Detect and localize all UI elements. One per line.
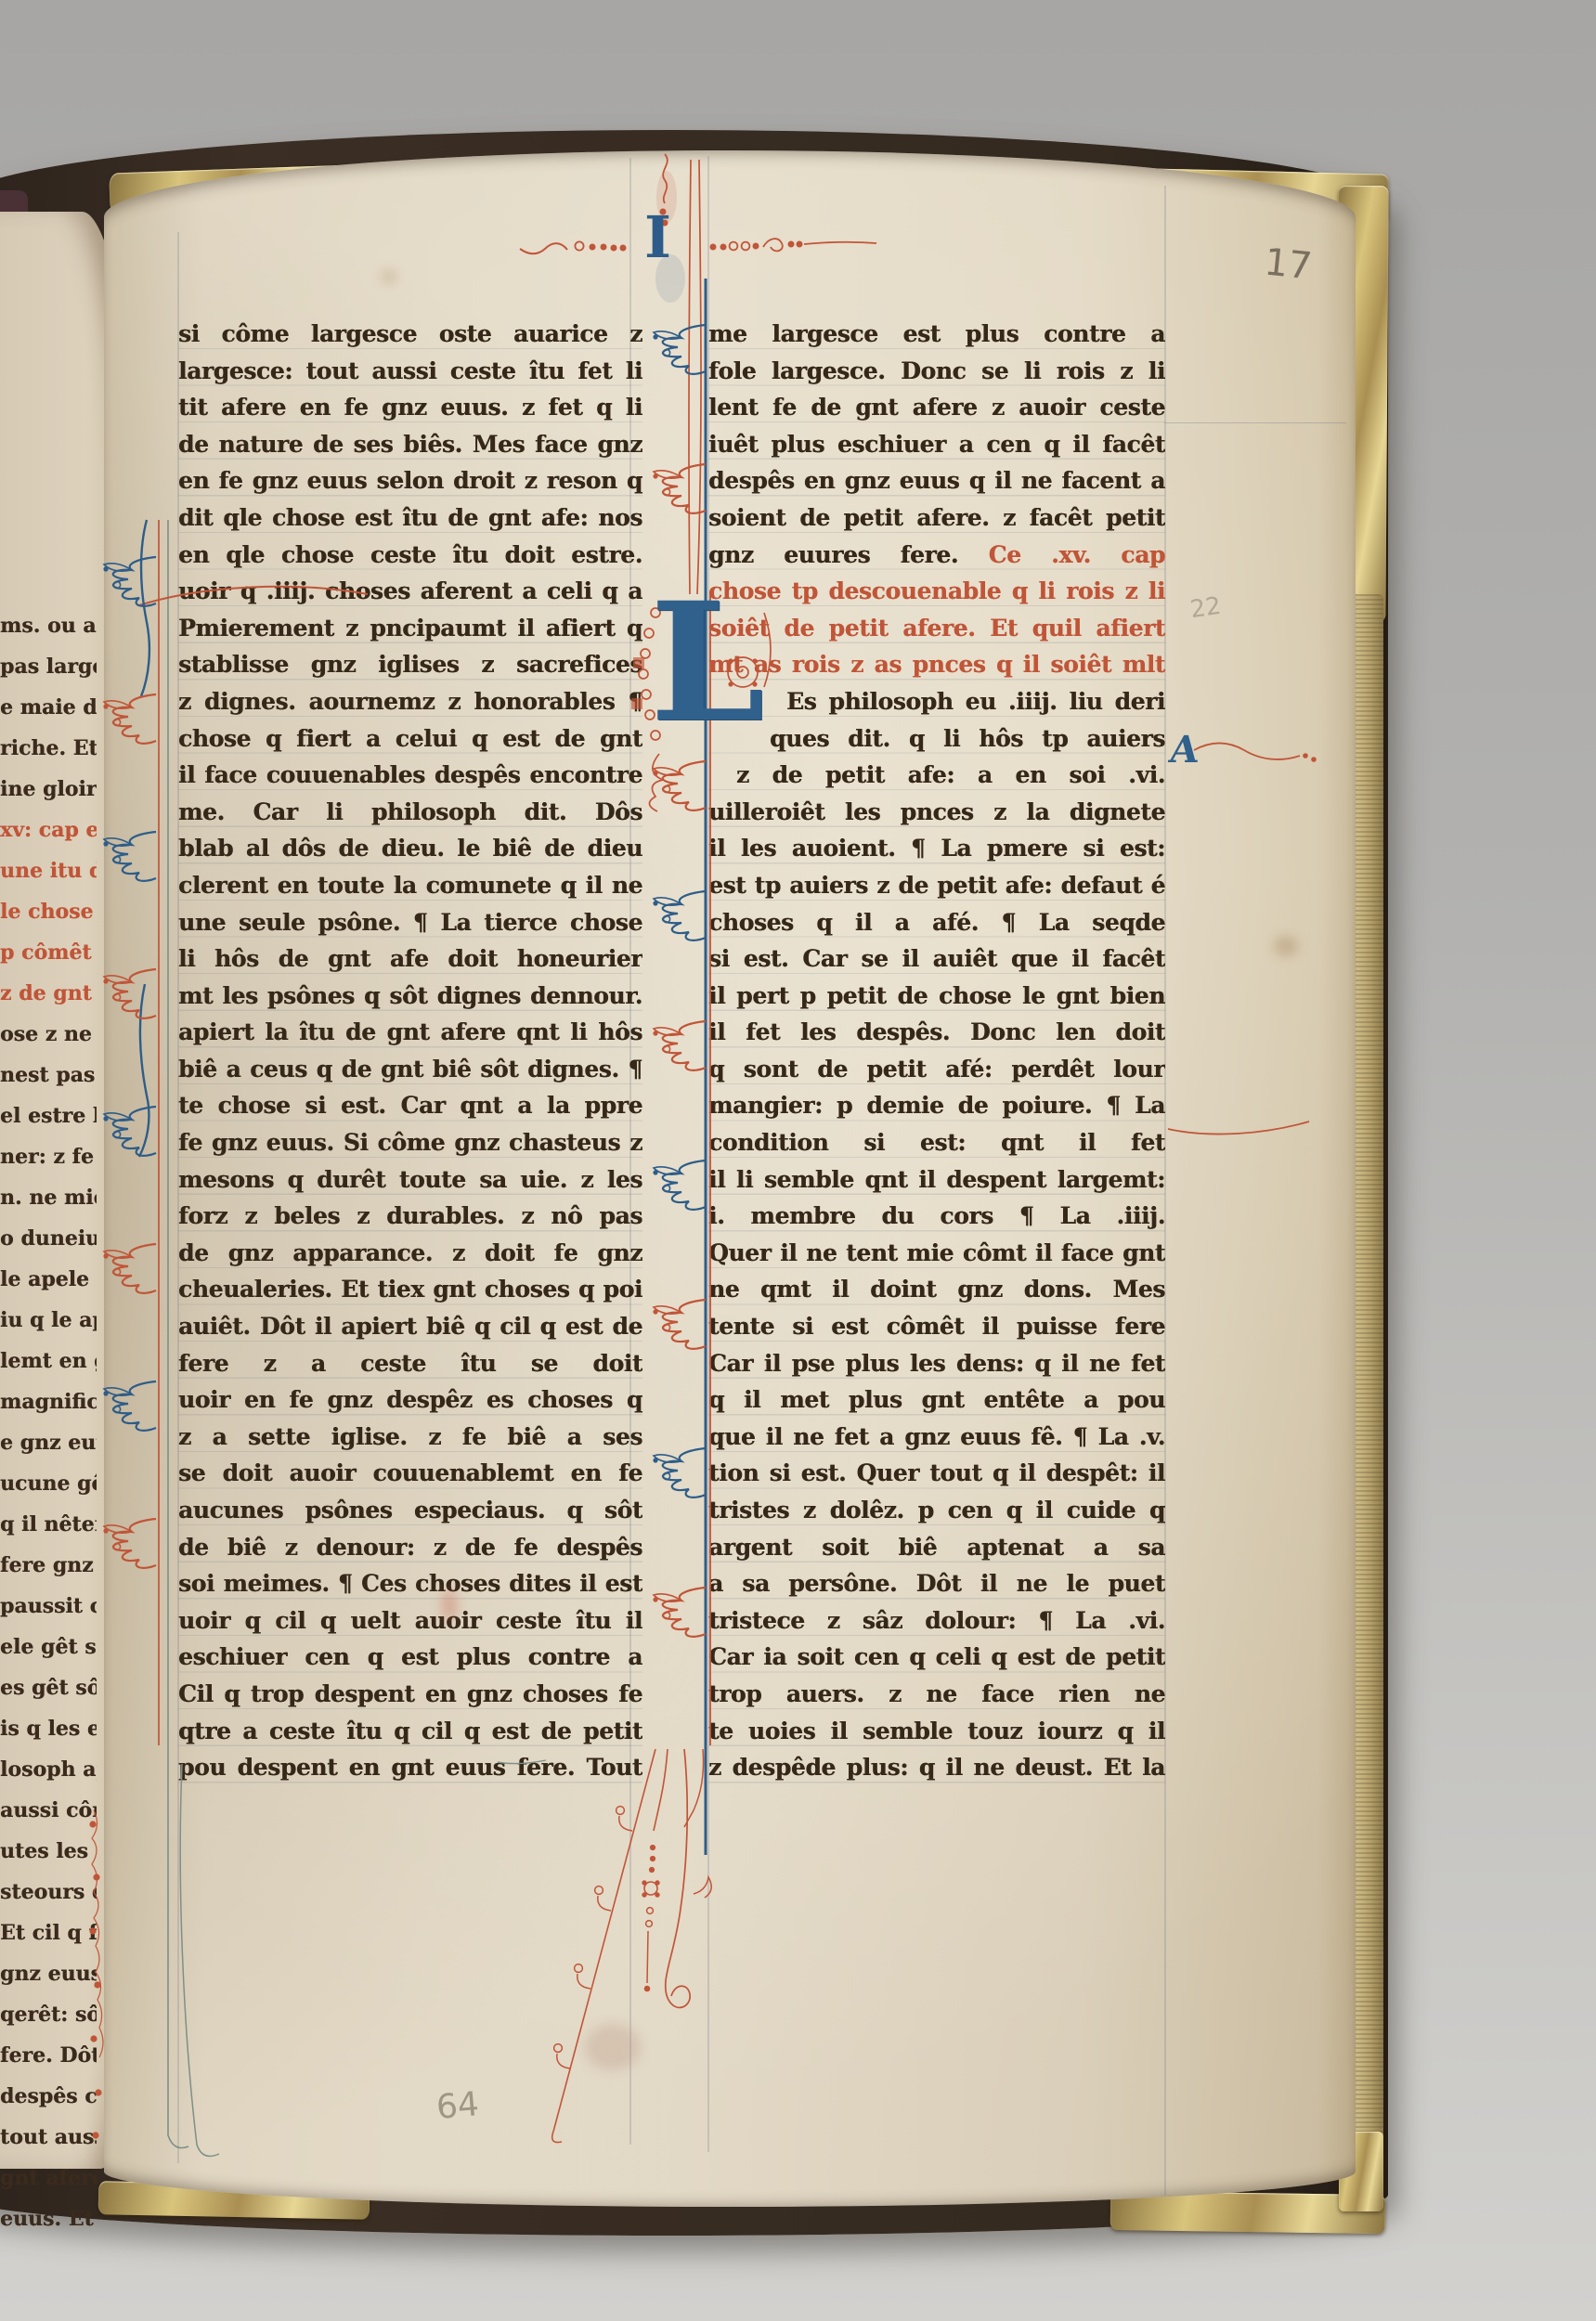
facing-text-line: une itu de gnt afe [0, 850, 97, 891]
text-line-main: est tp auiers z de petit afe: defaut é t… [708, 872, 1165, 904]
text-line-main: que il ne fet a gnz euus fê. ¶ La .v. cô… [708, 1423, 1165, 1456]
text-line-main: mt as rois z as pnces q il soiêt mlt lar… [708, 651, 1165, 683]
facing-text-fragment: ucune gêt ôt de fa [0, 1472, 97, 1496]
facing-text-fragment: pas larges ne li [0, 655, 97, 679]
text-line-main: Cil q trop despent en gnz choses fe est … [178, 1680, 642, 1713]
facing-text-line: ner: z fe biê a ceus [0, 1136, 97, 1177]
text-line: se doit auoir couuenablemt en fe despês … [178, 1455, 642, 1492]
facing-text-fragment: aussi côme le fe [0, 1798, 97, 1822]
text-line: en fe gnz euus selon droit z reson q nos… [178, 462, 642, 499]
facing-text-line: e gnz euus. ¶ La [0, 1422, 97, 1463]
text-line: mesons q durêt toute sa uie. z les doit … [178, 1161, 642, 1199]
facing-text-line: fere gnz euus ne [0, 1545, 97, 1586]
text-line: uilleroiêt les pnces z la dignete roial … [708, 794, 1165, 831]
text-line: a sa persône. Dôt il ne le puet dôner sa… [708, 1565, 1165, 1602]
facing-text-line: o duneiuu q est eu [0, 1218, 97, 1259]
facing-text-fragment: e maie de gêz: di [0, 695, 97, 720]
text-line: en qle chose ceste îtu doit estre. Len d… [178, 537, 642, 574]
text-line-main: de biê z denour: z de fe despês couuenab… [178, 1534, 642, 1566]
text-line-main: tristece z sâz dolour: ¶ La .vi. côditio… [708, 1607, 1165, 1640]
text-line: uoir q .iiij. choses aferent a celi q a … [178, 573, 642, 610]
text-line: li hôs de gnt afe doit honeurier couuena… [178, 940, 642, 978]
text-line-main: gnz euures fere. [708, 541, 958, 568]
facing-text-line: le apele largesce: u [0, 1259, 97, 1300]
facing-text-line: ose z ne dône pas [0, 1014, 97, 1055]
facing-text-line: Et cil q fôt gnz d [0, 1913, 97, 1953]
text-line-main: chose q fiert a celui q est de gnt afere… [178, 725, 642, 758]
text-line: clerent en toute la comunete q il ne fet… [178, 867, 642, 904]
text-line-main: te chose si est. Car qnt a la ppre psône… [178, 1092, 642, 1124]
text-line: si est. Car se il auiêt que il facêt gnz… [708, 940, 1165, 978]
text-line: ne qmt il doint gnz dons. Mes toute sen [708, 1271, 1165, 1308]
initial-L: L [650, 583, 769, 759]
text-line-main: uoir q cil q uelt auoir ceste îtu il doi… [178, 1607, 642, 1640]
text-line-main: q il met plus gnt entête a pou despendre… [708, 1386, 1165, 1419]
facing-text-fragment: utes les choses q [0, 1839, 97, 1863]
text-line: Es philosoph eu .iiij. liu deri z de gnz [786, 683, 1165, 720]
facing-text-line: ms. ou a ceus a [0, 605, 97, 646]
text-line-main: stablisse gnz iglises z sacrefices honou… [178, 651, 642, 683]
text-line-main: aucunes psônes especiaus. q sôt dignes [178, 1497, 642, 1529]
facing-text-fragment: ms. ou a ceus a [0, 614, 97, 638]
text-line-main: me. Car li philosoph dit. Dôs comuns sôt… [178, 798, 642, 831]
text-line: apiert la îtu de gnt afere qnt li hôs fe… [178, 1014, 642, 1051]
text-line: de gnz apparance. z doit fe gnz noces z … [178, 1235, 642, 1272]
text-line: choses q il a afé. ¶ La seqde condition [708, 904, 1165, 941]
facing-text-fragment: ose z ne dône pas [0, 1022, 97, 1046]
text-line-main: clerent en toute la comunete q il ne fet… [178, 872, 642, 904]
facing-text-line: utes les choses q [0, 1831, 97, 1872]
facing-text-line: steours de bien g [0, 1872, 97, 1913]
text-line: Cil q trop despent en gnz choses fe est … [178, 1676, 642, 1713]
text-line: est tp auiers z de petit afe: defaut é t… [708, 867, 1165, 904]
facing-text-fragment: gnz euus selô re [0, 1962, 97, 1986]
text-line: tristes z dolêz. p cen q il cuide q mono… [708, 1492, 1165, 1529]
text-line-main: me largesce est plus contre a auarice q … [708, 320, 1165, 353]
facing-text-fragment: despês couuenal [0, 2084, 97, 2108]
text-line-main: ques dit. q li hôs tp auiers [770, 725, 1165, 752]
text-line-main: iuêt plus eschiuer a cen q il facêt tp g… [708, 431, 1165, 463]
text-line-main: tristes z dolêz. p cen q il cuide q mono… [708, 1497, 1165, 1529]
text-line: biê a ceus q de gnt biê sôt dignes. ¶ La… [178, 1051, 642, 1088]
manuscript-photo: { "annotations": { "folio_number": "17",… [0, 0, 1596, 2321]
text-line: fe gnz euus. Si côme gnz chasteus z gran… [178, 1124, 642, 1161]
facing-text-line: magnificêce. cest a [0, 1381, 97, 1422]
text-line-main: trop auers. z ne face rien ne despêde ri… [708, 1680, 1165, 1713]
facing-text-line: p cômêt nos puiss [0, 932, 97, 973]
text-line: z despêde plus: q il ne deust. Et la res… [708, 1749, 1165, 1786]
facing-text-fragment: p cômêt nos puiss [0, 940, 97, 965]
text-line-main: il fet les despês. Donc len doit espruu … [708, 1018, 1165, 1051]
text-line-main: une seule psône. ¶ La tierce chose si es… [178, 909, 642, 941]
text-line-main: condition si est: qnt il fet recreaumt. … [708, 1129, 1165, 1161]
text-line-main: largesce: tout aussi ceste îtu fet li hô… [178, 357, 642, 390]
facing-text-fragment: nest pas large ne li [0, 1063, 97, 1087]
text-line: Pmierement z pncipaumt il afiert q len e [178, 610, 642, 647]
facing-text-fragment: gnt afere fet fe [0, 2166, 97, 2190]
text-line: ques dit. q li hôs tp auiers aferes. [770, 720, 1165, 758]
initial-I-mark: I [644, 208, 700, 273]
stain-pink [442, 1589, 457, 1621]
text-line-main: fole largesce. Donc se li rois z li pnce… [708, 357, 1165, 390]
text-line-main: i. membre du cors ¶ La .iiij. côdition s… [708, 1202, 1165, 1235]
text-line: soient de petit afere. z facêt petit des… [708, 499, 1165, 537]
facing-text-line: nest pas large ne li [0, 1055, 97, 1096]
text-line: i. membre du cors ¶ La .iiij. côdition s… [708, 1198, 1165, 1235]
facing-text-line: z de gnt afere. [0, 973, 97, 1014]
facing-text-fragment: is q les euus ne m [0, 1717, 97, 1741]
text-line-main: Car ia soit cen q celi q est de petit a … [708, 1643, 1165, 1676]
text-line-main: z dignes. aournemz z honorables ¶ La scd… [178, 688, 642, 720]
facing-text-line: qerêt: sôt iitue [0, 1994, 97, 2035]
facing-text-line: despês couuenal [0, 2076, 97, 2117]
facing-text-fragment: ine gloire z lo êg [0, 777, 97, 801]
facing-text-fragment: magnificêce. cest a [0, 1390, 97, 1414]
text-line-main: z a sette iglise. z fe biê a ses commune… [178, 1423, 642, 1456]
text-line-main: apiert la îtu de gnt afere qnt li hôs fe… [178, 1018, 642, 1051]
facing-text-fragment: une itu de gnt afe [0, 859, 97, 883]
facing-text-line: gnz euus selô re [0, 1953, 97, 1994]
facing-text-line: q il nêtendêt mult [0, 1504, 97, 1545]
facing-text-fragment: fere. Dôt tout a [0, 2043, 97, 2068]
text-line: te uoies il semble touz iourz q il face … [708, 1713, 1165, 1750]
text-line: mt les psônes q sôt dignes dennour. Et a… [178, 978, 642, 1015]
text-line: soi meimes. ¶ Ces choses dites il est as… [178, 1565, 642, 1602]
text-line-main: soient de petit afere. z facêt petit des… [708, 504, 1165, 537]
text-line-main: Es philosoph eu .iiij. liu deri [786, 688, 1165, 715]
text-line-main: il face couuenables despês encontre sa c… [178, 761, 642, 794]
text-line-main: choses q il a afé. ¶ La seqde condition [708, 909, 1165, 941]
facing-text-line: es gêt sôt q plus [0, 1667, 97, 1708]
facing-text-fragment: tout aussi mag [0, 2125, 97, 2149]
text-line-main: auiêt. Dôt il apiert biê q cil q est de … [178, 1313, 642, 1345]
text-line-main: uilleroiêt les pnces z la dignete roial … [708, 798, 1165, 831]
facing-text-line: ine gloire z lo êg [0, 769, 97, 810]
text-line-main: tion si est. Quer tout q il despêt: il d… [708, 1459, 1165, 1492]
text-line: z dignes. aournemz z honorables ¶ La scd… [178, 683, 642, 720]
text-line-main: chose tp descouenable q li rois z li pnc… [708, 577, 1165, 610]
text-line: chose q fiert a celui q est de gnt afere… [178, 720, 642, 758]
text-line-main: en qle chose ceste îtu doit estre. Len d… [178, 541, 642, 574]
text-line: il pert p petit de chose le gnt bien p q… [708, 978, 1165, 1015]
text-line-main: pou despent en gnt euus fere. Tout aussi… [178, 1754, 642, 1786]
facing-text-fragment: o duneiuu q est eu [0, 1226, 97, 1251]
text-line-main: forz z beles z durables. z nô pas seulem… [178, 1202, 642, 1235]
text-line: tit afere en fe gnz euus. z fet q li hôs… [178, 389, 642, 426]
text-line-main: fere z a ceste îtu se doit couuenablemt … [178, 1350, 642, 1382]
facing-text-fragment: xv: cap enseigne q [0, 818, 97, 842]
text-line-main: mangier: p demie de poiure. ¶ La tierce [708, 1092, 1165, 1124]
text-line: uoir q cil q uelt auoir ceste îtu il doi… [178, 1602, 642, 1640]
ruling-horizontal-margin [1164, 422, 1346, 423]
facing-text-fragment: le chose tele itu d [0, 900, 97, 924]
facing-text-line: paussit cômêt il p [0, 1586, 97, 1627]
pencil-note-64: 64 [435, 2085, 480, 2127]
facing-text-line: aussi côme le fe [0, 1790, 97, 1831]
text-line: qtre a ceste îtu q cil q est de petit af… [178, 1713, 642, 1750]
text-line: iuêt plus eschiuer a cen q il facêt tp g… [708, 426, 1165, 463]
text-line: me. Car li philosoph dit. Dôs comuns sôt… [178, 794, 642, 831]
text-line: q sont de petit afé: perdêt lour noces z… [708, 1051, 1165, 1088]
text-line-main: blab al dôs de dieu. le biê de dieu apie… [178, 835, 642, 867]
facing-text-line: losoph apele gde [0, 1749, 97, 1790]
text-line-main: ne qmt il doint gnz dons. Mes toute sen [708, 1276, 1165, 1308]
text-line-main: dit qle chose est îtu de gnt afe: nos di… [178, 504, 642, 537]
text-line-main: biê a ceus q de gnt biê sôt dignes. ¶ La… [178, 1056, 642, 1088]
text-line: largesce: tout aussi ceste îtu fet li hô… [178, 353, 642, 390]
text-line: te chose si est. Car qnt a la ppre psône… [178, 1087, 642, 1124]
facing-text-fragment: steours de bien g [0, 1880, 97, 1904]
text-line-main: Quer il ne tent mie cômt il face gnt euu… [708, 1239, 1165, 1272]
text-line: si côme largesce oste auarice z atêpre l… [178, 316, 642, 353]
text-line: forz z beles z durables. z nô pas seulem… [178, 1198, 642, 1235]
text-line: il les auoient. ¶ La pmere si est: Car c… [708, 830, 1165, 867]
text-line: il face couuenables despês encontre sa c… [178, 757, 642, 794]
text-line-main: qtre a ceste îtu q cil q est de petit af… [178, 1718, 642, 1750]
text-line-main: si côme largesce oste auarice z atêpre l… [178, 320, 642, 353]
text-line-main: z despêde plus: q il ne deust. Et la res… [708, 1754, 1165, 1786]
text-line: il fet les despês. Donc len doit espruu … [708, 1014, 1165, 1051]
text-line: Car il pse plus les dens: q il ne fet le… [708, 1345, 1165, 1382]
text-line: cheualeries. Et tiex gnt choses q poi so… [178, 1271, 642, 1308]
text-line-main: il li semble qnt il despent largemt: q l… [708, 1166, 1165, 1199]
facing-text-fragment: lemt en gnz euur [0, 1349, 97, 1373]
facing-text-line: riche. Et qnt li ro [0, 728, 97, 769]
facing-text-line: xv: cap enseigne q [0, 810, 97, 850]
text-line: q il met plus gnt entête a pou despendre… [708, 1381, 1165, 1419]
text-line: despês en gnz euus q il ne facent a cen … [708, 462, 1165, 499]
pencil-note-22: 22 [1188, 592, 1223, 624]
text-line-main: uoir en fe gnz despêz es choses q aferêt… [178, 1386, 642, 1419]
text-line: de nature de ses biês. Mes face gnz desp… [178, 426, 642, 463]
facing-text-fragment: le apele largesce: u [0, 1267, 97, 1291]
text-line: blab al dôs de dieu. le biê de dieu apie… [178, 830, 642, 867]
facing-text-line: el estre larges z lib [0, 1096, 97, 1136]
text-line-main: si est. Car se il auiêt que il facêt gnz… [708, 945, 1165, 978]
text-line-main: argent soit biê aptenat a sa sustance z [708, 1534, 1165, 1566]
text-line-main: uoir q .iiij. choses aferent a celi q a … [178, 577, 642, 610]
facing-page-text: ms. ou a ceus a pas larges ne li e maie … [0, 605, 97, 2286]
text-line: soiêt de petit afere. Et quil afiert mei… [708, 610, 1165, 647]
text-line-main: despês en gnz euus q il ne facent a cen … [708, 467, 1165, 499]
text-line: stablisse gnz iglises z sacrefices honou… [178, 646, 642, 683]
facing-text-fragment: losoph apele gde [0, 1757, 97, 1782]
text-line-main: mt les psônes q sôt dignes dennour. Et a… [178, 982, 642, 1015]
text-line: tion si est. Quer tout q il despêt: il d… [708, 1455, 1165, 1492]
text-line-main: tit afere en fe gnz euus. z fet q li hôs… [178, 394, 642, 426]
facing-text-line: pas larges ne li [0, 646, 97, 687]
text-line-main: Pmierement z pncipaumt il afiert q len e [178, 615, 642, 647]
text-line: chose tp descouenable q li rois z li pnc… [708, 573, 1165, 610]
text-line: fole largesce. Donc se li rois z li pnce… [708, 353, 1165, 390]
facing-text-fragment: q il nêtendêt mult [0, 1512, 97, 1537]
text-line: z de petit afe: a en soi .vi. coditiôs q… [736, 757, 1165, 794]
text-line-main: a sa persône. Dôt il ne le puet dôner sa… [708, 1570, 1165, 1602]
facing-text-fragment: ner: z fe biê a ceus [0, 1145, 97, 1169]
text-column-left: si côme largesce oste auarice z atêpre l… [178, 316, 642, 1786]
folio-number: 17 [1263, 240, 1314, 288]
text-line: trop auers. z ne face rien ne despêde ri… [708, 1676, 1165, 1713]
text-line: tristece z sâz dolour: ¶ La .vi. côditio… [708, 1602, 1165, 1640]
facing-text-fragment: ele gêt sôt apele g [0, 1635, 97, 1659]
facing-text-line: tout aussi mag [0, 2117, 97, 2158]
stain-brown [1274, 936, 1298, 956]
stain-smudge-bottom [585, 2024, 641, 2070]
text-line: que il ne fet a gnz euus fê. ¶ La .v. cô… [708, 1419, 1165, 1456]
facing-text-fragment: el estre larges z lib [0, 1104, 97, 1128]
facing-text-line: lemt en gnz euur [0, 1341, 97, 1381]
text-line-main: q sont de petit afé: perdêt lour noces z… [708, 1056, 1165, 1088]
text-line: gnz euures fere. Ce .xv. cap enseigne q … [708, 537, 1165, 574]
text-line-main: li hôs de gnt afe doit honeurier couuena… [178, 945, 642, 978]
facing-text-fragment: n. ne mie p la ueue [0, 1186, 97, 1210]
text-line: Car ia soit cen q celi q est de petit a … [708, 1639, 1165, 1676]
facing-text-line: iu q le apele en fe [0, 1300, 97, 1341]
text-line: eschiuer cen q est plus contre a ceste î… [178, 1639, 642, 1676]
text-line-main: lent fe de gnt afere z auoir ceste îtu i… [708, 394, 1165, 426]
text-line-main: se doit auoir couuenablemt en fe despês … [178, 1459, 642, 1492]
text-line: aucunes psônes especiaus. q sôt dignes [178, 1492, 642, 1529]
text-line: z a sette iglise. z fe biê a ses commune… [178, 1419, 642, 1456]
facing-text-line: ele gêt sôt apele g [0, 1627, 97, 1667]
text-line-main: fe gnz euus. Si côme gnz chasteus z gran… [178, 1129, 642, 1161]
facing-text-line: is q les euus ne m [0, 1708, 97, 1749]
facing-text-line: ucune gêt ôt de fa [0, 1463, 97, 1504]
text-line-main: te uoies il semble touz iourz q il face … [708, 1718, 1165, 1750]
facing-text-fragment: qerêt: sôt iitue [0, 2003, 97, 2027]
facing-text-line: le chose tele itu d [0, 891, 97, 932]
facing-text-line: gnt afere fet fe [0, 2158, 97, 2198]
stain-small [383, 271, 396, 282]
facing-text-fragment: fere gnz euus ne [0, 1553, 97, 1577]
facing-text-fragment: es gêt sôt q plus [0, 1676, 97, 1700]
text-line: mt as rois z as pnces q il soiêt mlt lar… [708, 646, 1165, 683]
text-line: fere z a ceste îtu se doit couuenablemt … [178, 1345, 642, 1382]
text-line: auiêt. Dôt il apiert biê q cil q est de … [178, 1308, 642, 1345]
facing-text-fragment: z de gnt afere. [0, 981, 97, 1005]
text-line: mangier: p demie de poiure. ¶ La tierce [708, 1087, 1165, 1124]
text-line-main: soi meimes. ¶ Ces choses dites il est as… [178, 1570, 642, 1602]
text-line: Quer il ne tent mie cômt il face gnt euu… [708, 1235, 1165, 1272]
text-line: de biê z denour: z de fe despês couuenab… [178, 1529, 642, 1566]
text-column-right: me largesce est plus contre a auarice q … [708, 316, 1165, 1786]
text-line: tente si est cômêt il puisse fere petit … [708, 1308, 1165, 1345]
facing-text-fragment: paussit cômêt il p [0, 1594, 97, 1618]
facing-text-line: euus. Et tr [0, 2198, 97, 2239]
text-line-main: mesons q durêt toute sa uie. z les doit … [178, 1166, 642, 1199]
text-line: dit qle chose est îtu de gnt afe: nos di… [178, 499, 642, 537]
text-line-main: tente si est cômêt il puisse fere petit … [708, 1313, 1165, 1345]
text-line: argent soit biê aptenat a sa sustance z [708, 1529, 1165, 1566]
text-line: uoir en fe gnz despêz es choses q aferêt… [178, 1381, 642, 1419]
text-line-main: z de petit afe: a en soi .vi. coditiôs q… [736, 761, 1165, 794]
text-line-main: eschiuer cen q est plus contre a ceste î… [178, 1643, 642, 1676]
facing-text-fragment: euus. Et tr [0, 2207, 97, 2231]
facing-text-line: fere. Dôt tout a [0, 2035, 97, 2076]
facing-text-line: n. ne mie p la ueue [0, 1177, 97, 1218]
text-line-main: Car il pse plus les dens: q il ne fet le… [708, 1350, 1165, 1382]
facing-text-fragment: iu q le apele en fe [0, 1308, 97, 1332]
text-line: une seule psône. ¶ La tierce chose si es… [178, 904, 642, 941]
facing-text-line: e maie de gêz: di [0, 687, 97, 728]
text-line: il li semble qnt il despent largemt: q l… [708, 1161, 1165, 1199]
text-line-main: cheualeries. Et tiex gnt choses q poi so… [178, 1276, 642, 1308]
text-line-main: soiêt de petit afere. Et quil afiert mei… [708, 615, 1165, 647]
text-line-main: il les auoient. ¶ La pmere si est: Car c… [708, 835, 1165, 867]
text-line-main: de gnz apparance. z doit fe gnz noces z … [178, 1239, 642, 1272]
facing-text-fragment: Et cil q fôt gnz d [0, 1921, 97, 1945]
margin-note-letter: A [1167, 732, 1201, 769]
facing-text-fragment: e gnz euus. ¶ La [0, 1431, 97, 1455]
facing-text-fragment: riche. Et qnt li ro [0, 736, 97, 760]
text-line-main: il pert p petit de chose le gnt bien p q… [708, 982, 1165, 1015]
text-line: pou despent en gnt euus fere. Tout aussi… [178, 1749, 642, 1786]
text-line: condition si est: qnt il fet recreaumt. … [708, 1124, 1165, 1161]
text-line: me largesce est plus contre a auarice q … [708, 316, 1165, 353]
text-line-main: de nature de ses biês. Mes face gnz desp… [178, 431, 642, 463]
text-line-main: en fe gnz euus selon droit z reson q nos… [178, 467, 642, 499]
text-line: lent fe de gnt afere z auoir ceste îtu i… [708, 389, 1165, 426]
